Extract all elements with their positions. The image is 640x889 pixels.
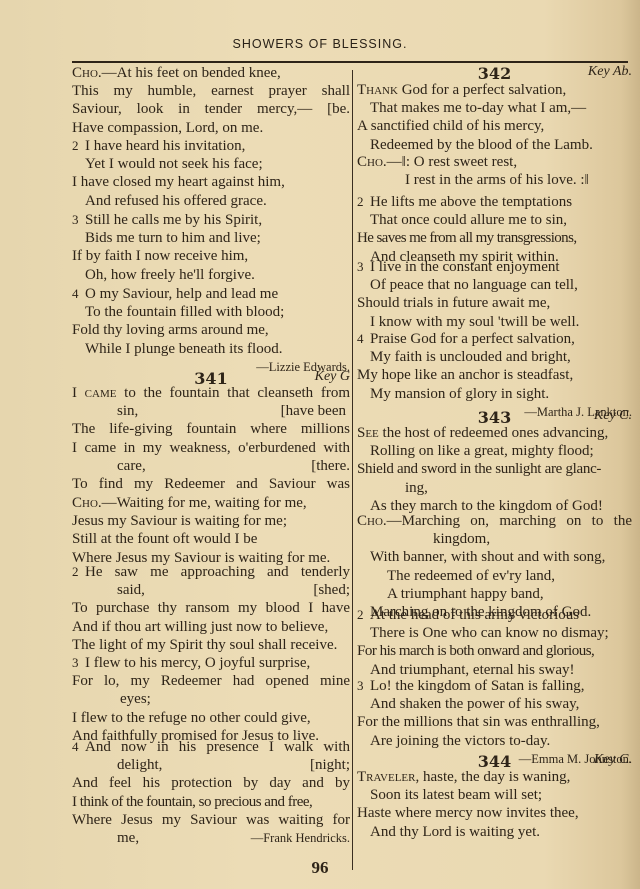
verse-fragment: [shed; — [313, 581, 350, 599]
verse-line: Should trials in future await me, — [357, 294, 632, 312]
verse-number: 2 — [357, 193, 370, 211]
hymn-341-verse-3: 3I flew to his mercy, O joyful surprise,… — [72, 654, 350, 745]
verse-number: 3 — [72, 654, 85, 672]
verse-line: For lo, my Redeemer had opened mine — [72, 672, 350, 690]
verse-line: My mansion of glory in sight. — [357, 385, 632, 403]
hymn-341-verse-1: I came to the fountain that cleanseth fr… — [72, 384, 350, 493]
verse-line: For the millions that sin was enthrallin… — [357, 713, 632, 731]
verse-number: 4 — [72, 285, 85, 303]
verse-line: My hope like an anchor is steadfast, — [357, 366, 632, 384]
hymn-342-chorus: Cho.—‖: O rest sweet rest, I rest in the… — [357, 153, 632, 189]
hymn-key: Key C. — [594, 752, 632, 768]
hymn-343-chorus: Cho.—Marching on, marching on to the kin… — [357, 512, 632, 621]
verse-line: There is One who can know no dismay; — [357, 624, 632, 642]
verse-line: At the head of this army victorious — [370, 607, 579, 623]
verse-line: , haste, the day is waning, — [415, 769, 570, 785]
chorus-line: Have compassion, Lord, on me. — [72, 119, 350, 137]
verse-line: Haste where mercy now invites thee, — [357, 804, 632, 822]
verse-number: 4 — [357, 330, 370, 348]
verse-line: the host of redeemed ones advancing, — [379, 425, 609, 441]
chorus-line: —At his feet on bended knee, — [102, 65, 281, 81]
verse-line: He lifts me above the temptations — [370, 194, 572, 210]
chorus-line: With banner, with shout and with song, — [357, 548, 632, 566]
verse-line: O my Saviour, help and lead me — [85, 286, 278, 302]
verse-line-wrapped: sin,[have been — [72, 402, 350, 420]
verse-line: He saw me approaching and tenderly — [85, 564, 350, 580]
chorus-line: Still at the fount oft would I be — [72, 530, 350, 548]
chorus-line: —Marching on, marching on to the — [387, 513, 632, 529]
verse-line-wrapped: care,[there. — [72, 457, 350, 475]
hymn-344-verse-1: Traveler, haste, the day is waning, Soon… — [357, 768, 632, 841]
verse-line: to the fountain that cleanseth from — [116, 385, 350, 401]
verse-line: While I plunge beneath its flood. — [72, 340, 350, 358]
hymn-343-verse-2: 2At the head of this army victorious The… — [357, 606, 632, 679]
verse-line: To find my Redeemer and Saviour was — [72, 475, 350, 493]
verse-line: For his march is both onward and gloriou… — [357, 642, 632, 660]
first-word: Traveler — [357, 769, 415, 785]
hymn-342-verse-2: 2He lifts me above the temptations That … — [357, 193, 632, 266]
verse-line: Still he calls me by his Spirit, — [85, 212, 262, 228]
verse-number: 3 — [72, 211, 85, 229]
verse-line: To the fountain filled with blood; — [72, 303, 350, 321]
verse-line: Where Jesus my Saviour was waiting for — [72, 811, 350, 829]
chorus-label: Cho. — [357, 513, 387, 529]
chorus-line: I rest in the arms of his love. :‖ — [357, 171, 632, 189]
verse-fragment: sin, — [99, 402, 138, 420]
verse-line: Shield and sword in the sunlight are gla… — [357, 460, 632, 478]
hymn-341-verse-4: 4And now in his presence I walk with del… — [72, 738, 350, 847]
chorus-line: —Waiting for me, waiting for me, — [102, 495, 307, 511]
verse-line: Of peace that no language can tell, — [357, 276, 632, 294]
hymn-342-heading: 342 Key Ab. — [357, 64, 632, 82]
verse-line: I know with my soul 'twill be well. — [357, 313, 632, 331]
verse-number: 2 — [72, 563, 85, 581]
chorus-line: kingdom, — [357, 530, 632, 548]
verse-line: And if thou art willing just now to beli… — [72, 618, 350, 636]
verse-line: My faith is unclouded and bright, — [357, 348, 632, 366]
verse-line: The light of my Spirit thy soul shall re… — [72, 636, 350, 654]
verse-line: Are joining the victors to-day. — [357, 732, 632, 750]
chorus-label: Cho. — [72, 495, 102, 511]
verse-line: I live in the constant enjoyment — [370, 259, 560, 275]
verse-number: 4 — [72, 738, 85, 756]
verse-line-wrapped: said,[shed; — [72, 581, 350, 599]
verse-line: I flew to the refuge no other could give… — [72, 709, 350, 727]
hymn-key: Key Ab. — [588, 64, 632, 80]
verse-line: ing, — [357, 479, 632, 497]
verse-line: Rolling on like a great, mighty flood; — [357, 442, 632, 460]
verse-line-wrapped: delight,[night; — [72, 756, 350, 774]
verse-line: And thy Lord is waiting yet. — [357, 823, 632, 841]
first-word: See — [357, 425, 379, 441]
chorus-line: Jesus my Saviour is waiting for me; — [72, 512, 350, 530]
verse-line: A sanctified child of his mercy, — [357, 117, 632, 135]
verse-number: 3 — [357, 677, 370, 695]
verse-number: 2 — [72, 137, 85, 155]
page-header: SHOWERS OF BLESSING. — [0, 37, 640, 51]
verse-line: I think of the fountain, so precious and… — [72, 793, 350, 811]
first-word: I came — [72, 385, 116, 401]
verse-line: Fold thy loving arms around me, — [72, 321, 350, 339]
verse-fragment: [night; — [310, 756, 350, 774]
page-number: 96 — [0, 858, 640, 878]
first-word: Thank — [357, 82, 398, 98]
verse-line: And feel his protection by day and by — [72, 774, 350, 792]
chorus-line: Saviour, look in tender mercy,— [be. — [72, 100, 350, 118]
prev-hymn-chorus: Cho.—At his feet on bended knee, This my… — [72, 64, 350, 137]
hymn-342-verse-3: 3I live in the constant enjoyment Of pea… — [357, 258, 632, 331]
verse-number: 3 — [357, 258, 370, 276]
verse-line: The life-giving fountain where millions — [72, 420, 350, 438]
verse-fragment: me, — [99, 829, 139, 847]
verse-fragment: said, — [99, 581, 145, 599]
verse-line: Oh, how freely he'll forgive. — [72, 266, 350, 284]
verse-line: I have closed my heart against him, — [72, 173, 350, 191]
verse-line: I have heard his invitation, — [85, 138, 245, 154]
verse-line: If by faith I now receive him, — [72, 247, 350, 265]
chorus-label: Cho. — [72, 65, 102, 81]
verse-line: And refused his offered grace. — [72, 192, 350, 210]
verse-number: 2 — [357, 606, 370, 624]
verse-line: Redeemed by the blood of the Lamb. — [357, 136, 632, 154]
verse-fragment: care, — [99, 457, 146, 475]
hymn-341-verse-2: 2He saw me approaching and tenderly said… — [72, 563, 350, 654]
prev-hymn-verse-4: 4O my Saviour, help and lead me To the f… — [72, 285, 350, 376]
author-attribution: —Frank Hendricks. — [251, 829, 350, 847]
hymn-key: Key C. — [594, 408, 632, 424]
verse-line: God for a perfect salvation, — [398, 82, 566, 98]
chorus-line: A triumphant happy band, — [357, 585, 632, 603]
prev-hymn-verse-2: 2I have heard his invitation, Yet I woul… — [72, 137, 350, 210]
hymn-341-chorus: Cho.—Waiting for me, waiting for me, Jes… — [72, 494, 350, 567]
verse-line: I flew to his mercy, O joyful surprise, — [85, 655, 310, 671]
chorus-line: This my humble, earnest prayer shall — [72, 82, 350, 100]
verse-fragment: delight, — [99, 756, 162, 774]
header-rule — [72, 61, 628, 63]
chorus-line: The redeemed of ev'ry land, — [357, 567, 632, 585]
chorus-label: Cho. — [357, 154, 387, 170]
verse-fragment: [there. — [311, 457, 350, 475]
prev-hymn-verse-3: 3Still he calls me by his Spirit, Bids m… — [72, 211, 350, 284]
verse-line: He saves me from all my transgressions, — [357, 229, 632, 247]
verse-line-wrapped: me,—Frank Hendricks. — [72, 829, 350, 847]
verse-line: Praise God for a perfect salvation, — [370, 331, 575, 347]
column-divider — [352, 70, 353, 870]
hymn-key: Key G — [315, 369, 350, 385]
verse-line: Soon its latest beam will set; — [357, 786, 632, 804]
verse-line: And now in his presence I walk with — [85, 739, 350, 755]
verse-line: That makes me to-day what I am,— — [357, 99, 632, 117]
verse-line: To purchase thy ransom my blood I have — [72, 599, 350, 617]
hymn-343-verse-1: See the host of redeemed ones advancing,… — [357, 424, 632, 515]
verse-line: Yet I would not seek his face; — [72, 155, 350, 173]
verse-line: I came in my weakness, o'erburdened with — [72, 439, 350, 457]
verse-line: And shaken the power of his sway, — [357, 695, 632, 713]
chorus-line: —‖: O rest sweet rest, — [387, 154, 517, 170]
hymn-342-verse-1: Thank God for a perfect salvation, That … — [357, 81, 632, 154]
verse-line: Bids me turn to him and live; — [72, 229, 350, 247]
verse-line: eyes; — [72, 690, 350, 708]
verse-line: That once could allure me to sin, — [357, 211, 632, 229]
verse-line: Lo! the kingdom of Satan is falling, — [370, 678, 585, 694]
verse-fragment: [have been — [281, 402, 350, 420]
